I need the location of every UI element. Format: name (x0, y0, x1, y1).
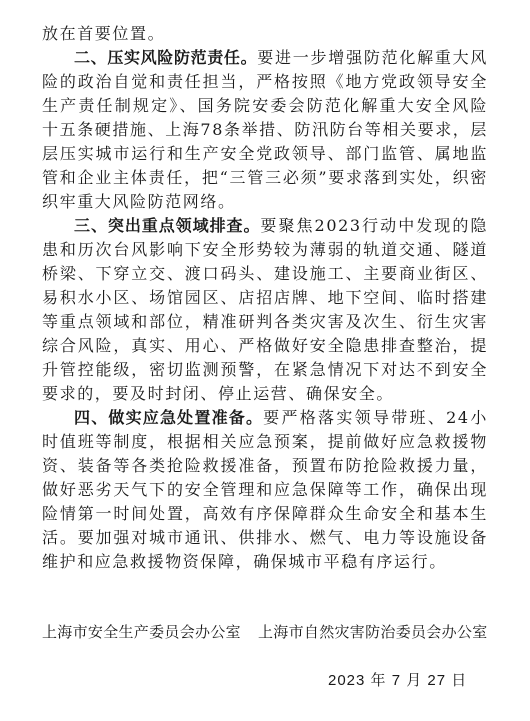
section-heading: 三、突出重点领域排查。 (74, 216, 260, 235)
document-date: 2023 年 7 月 27 日 (328, 669, 467, 690)
paragraph-text: 放在首要位置。 (42, 24, 165, 43)
section-heading: 二、压实风险防范责任。 (74, 48, 257, 67)
paragraph-section-2: 二、压实风险防范责任。要进一步增强防范化解重大风险的政治自觉和责任担当，严格按照… (42, 46, 488, 214)
signature-safety-committee: 上海市安全生产委员会办公室 (42, 621, 241, 642)
paragraph-text: 要进一步增强防范化解重大风险的政治自觉和责任担当，严格按照《地方党政领导安全生产… (42, 48, 488, 211)
section-heading: 四、做实应急处置准备。 (74, 408, 263, 427)
paragraph-intro-tail: 放在首要位置。 (42, 22, 488, 46)
document-body: 放在首要位置。 二、压实风险防范责任。要进一步增强防范化解重大风险的政治自觉和责… (42, 22, 488, 574)
paragraph-text: 要严格落实领导带班、24小时值班等制度，根据相关应急预案，提前做好应急救援物资、… (42, 408, 488, 571)
paragraph-section-3: 三、突出重点领域排查。要聚焦2023行动中发现的隐患和历次台风影响下安全形势较为… (42, 214, 488, 406)
paragraph-text: 要聚焦2023行动中发现的隐患和历次台风影响下安全形势较为薄弱的轨道交通、隧道桥… (42, 216, 488, 403)
signature-disaster-committee: 上海市自然灾害防治委员会办公室 (258, 621, 488, 642)
paragraph-section-4: 四、做实应急处置准备。要严格落实领导带班、24小时值班等制度，根据相关应急预案，… (42, 406, 488, 574)
